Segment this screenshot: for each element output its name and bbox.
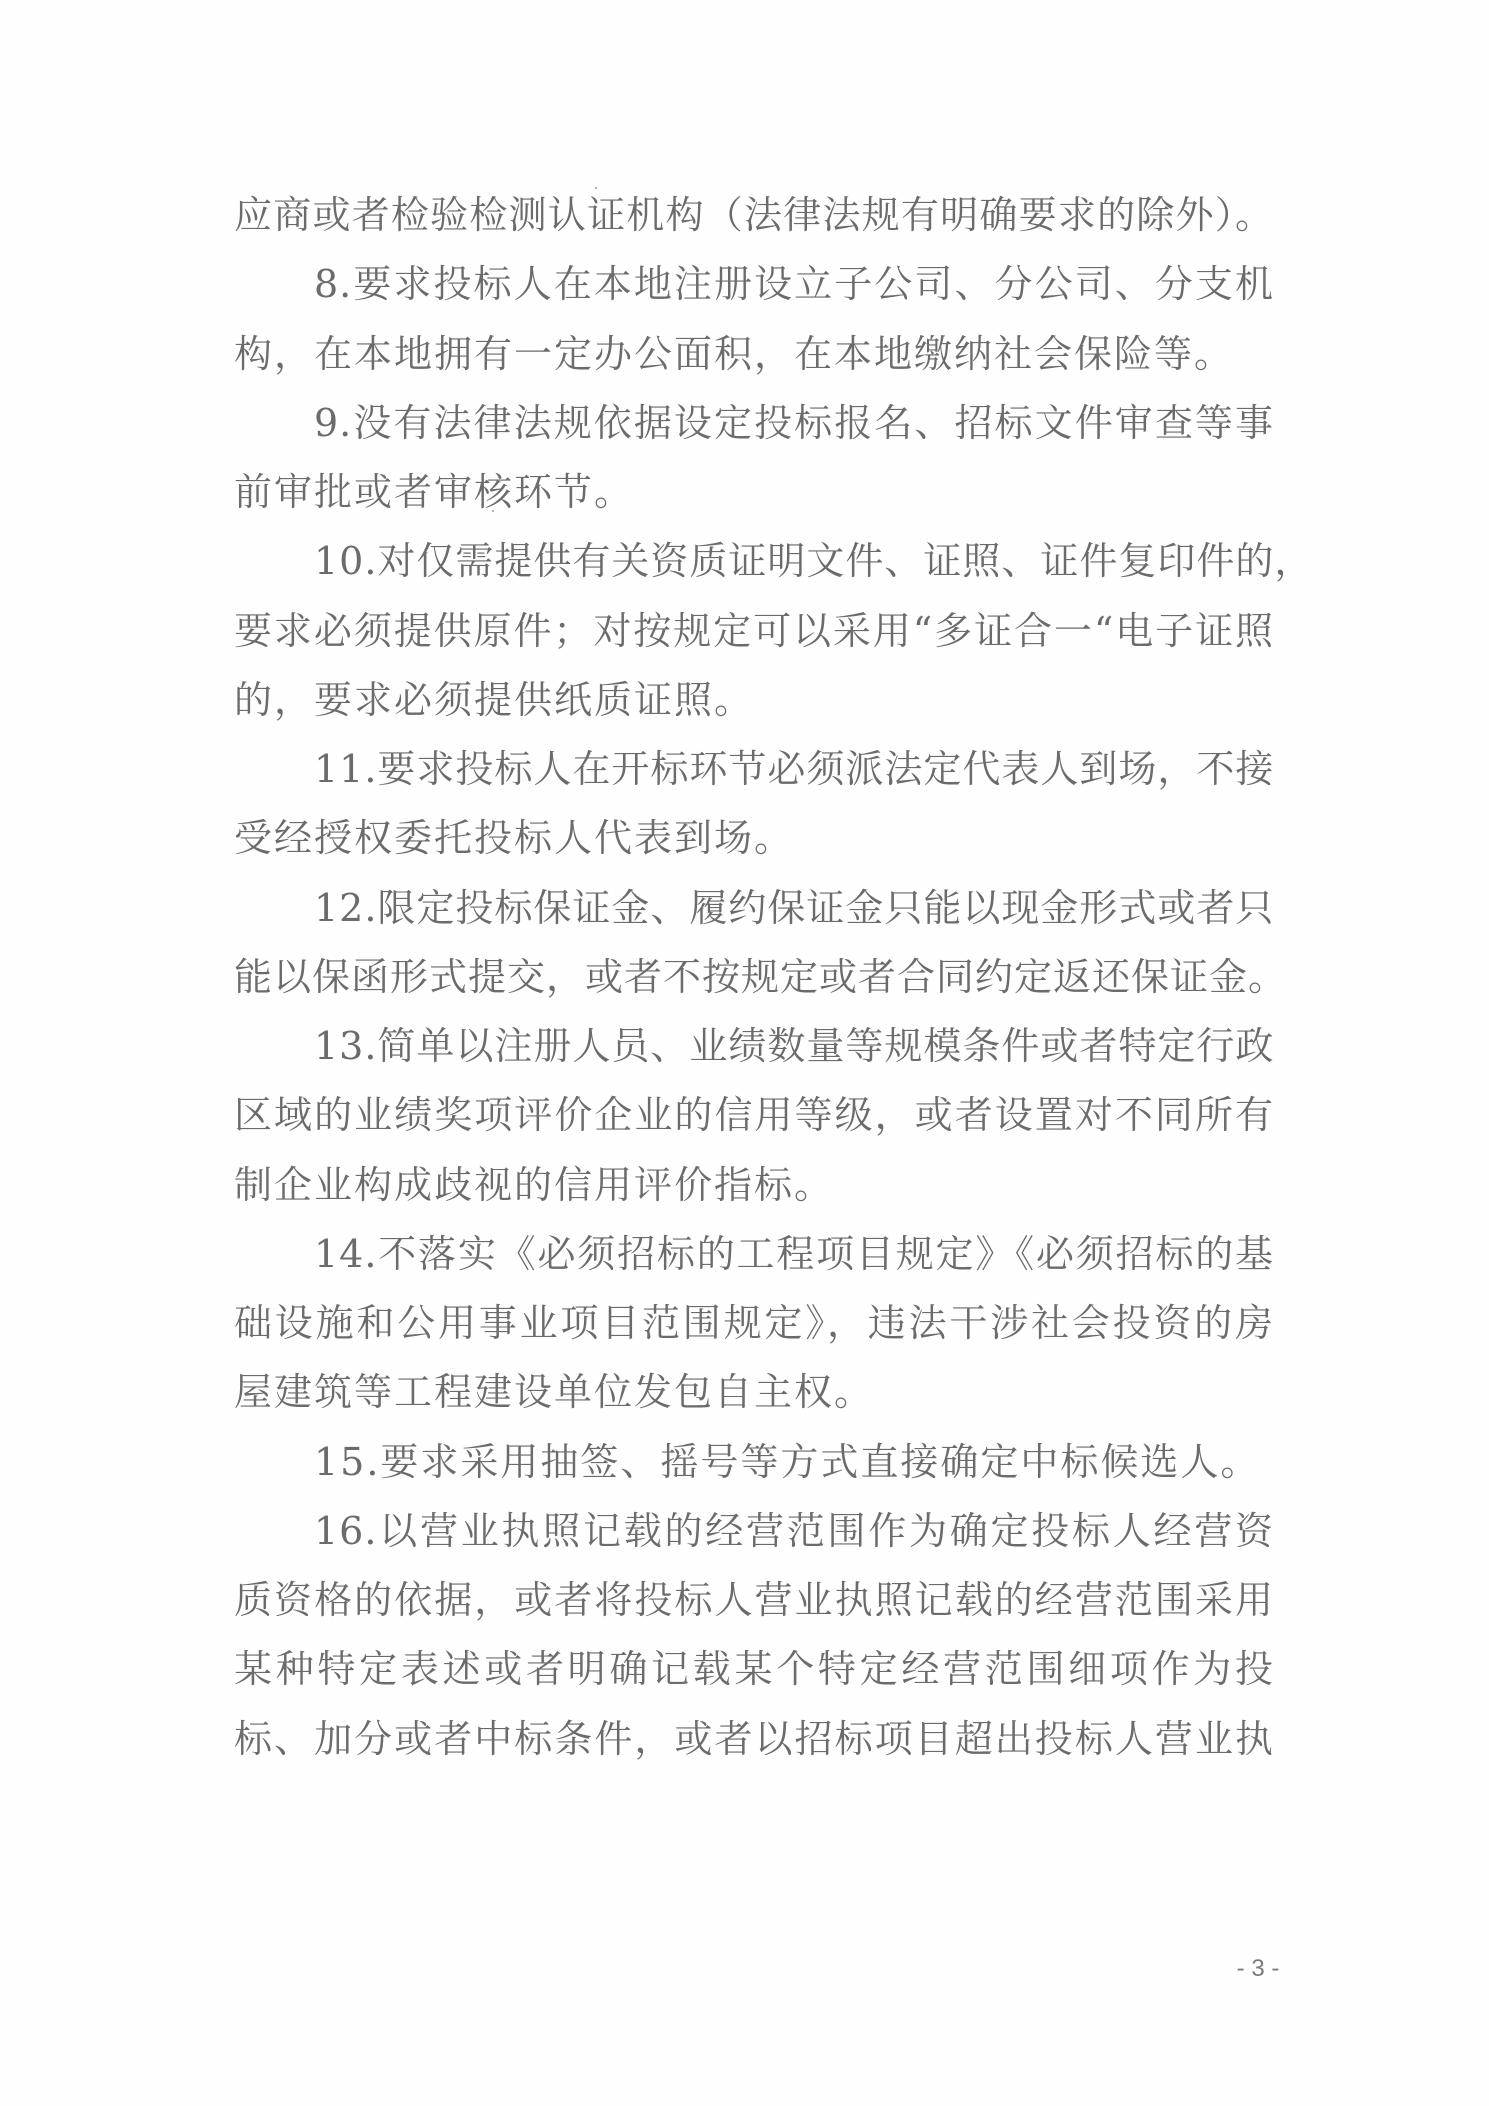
text-line: 某种特定表述或者明确记载某个特定经营范围细项作为投 <box>234 1635 1274 1704</box>
text-line: 标、加分或者中标条件，或者以招标项目超出投标人营业执 <box>234 1705 1274 1774</box>
text-line: 构，在本地拥有一定办公面积，在本地缴纳社会保险等。 <box>234 320 1274 389</box>
text-line: 9.没有法律法规依据设定投标报名、招标文件审查等事 <box>234 389 1274 458</box>
text-line: 质资格的依据，或者将投标人营业执照记载的经营范围采用 <box>234 1566 1274 1635</box>
text-line: 10.对仅需提供有关资质证明文件、证照、证件复印件的， <box>234 527 1274 596</box>
page-number: - 3 - <box>1232 1954 1284 1984</box>
document-body: 应商或者检验检测认证机构（法律法规有明确要求的除外）。 8.要求投标人在本地注册… <box>234 181 1274 1774</box>
text-line: 前审批或者审核环节。 <box>234 458 1274 527</box>
text-line: 区域的业绩奖项评价企业的信用等级，或者设置对不同所有 <box>234 1081 1274 1150</box>
text-line: 受经授权委托投标人代表到场。 <box>234 804 1274 873</box>
text-line: 11.要求投标人在开标环节必须派法定代表人到场，不接 <box>234 735 1274 804</box>
text-line: 要求必须提供原件；对按规定可以采用“多证合一“电子证照 <box>234 597 1274 666</box>
text-line: 制企业构成歧视的信用评价指标。 <box>234 1151 1274 1220</box>
text-line: 8.要求投标人在本地注册设立子公司、分公司、分支机 <box>234 250 1274 319</box>
text-line: 础设施和公用事业项目范围规定》，违法干涉社会投资的房 <box>234 1289 1274 1358</box>
text-line: 13.简单以注册人员、业绩数量等规模条件或者特定行政 <box>234 1012 1274 1081</box>
text-line: 15.要求采用抽签、摇号等方式直接确定中标候选人。 <box>234 1428 1274 1497</box>
text-line: 屋建筑等工程建设单位发包自主权。 <box>234 1358 1274 1427</box>
text-line: 能以保函形式提交，或者不按规定或者合同约定返还保证金。 <box>234 943 1274 1012</box>
text-line: 的，要求必须提供纸质证照。 <box>234 666 1274 735</box>
scan-speck <box>595 187 597 189</box>
text-line: 12.限定投标保证金、履约保证金只能以现金形式或者只 <box>234 874 1274 943</box>
text-line: 16.以营业执照记载的经营范围作为确定投标人经营资 <box>234 1497 1274 1566</box>
scan-speck <box>492 510 494 512</box>
text-line: 应商或者检验检测认证机构（法律法规有明确要求的除外）。 <box>234 181 1274 250</box>
text-line: 14.不落实《必须招标的工程项目规定》《必须招标的基 <box>234 1220 1274 1289</box>
document-page: 应商或者检验检测认证机构（法律法规有明确要求的除外）。 8.要求投标人在本地注册… <box>0 0 1489 2106</box>
